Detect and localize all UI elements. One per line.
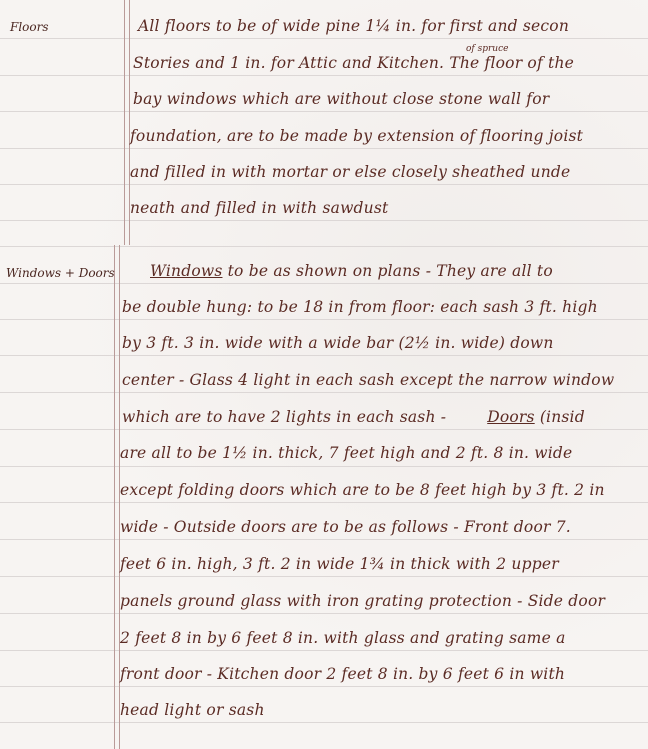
text-line: bay windows which are without close ston… [133, 90, 549, 108]
ruled-line [0, 686, 648, 687]
text-line: All floors to be of wide pine 1¼ in. for… [138, 17, 569, 35]
ruled-line [0, 576, 648, 577]
text-segment: to be as shown on plans - They are all t… [222, 262, 552, 280]
text-line: panels ground glass with iron grating pr… [120, 592, 605, 610]
text-line: feet 6 in. high, 3 ft. 2 in wide 1¾ in t… [120, 555, 559, 573]
ruled-line [0, 38, 648, 39]
ruled-line [0, 111, 648, 112]
text-line: Windows to be as shown on plans - They a… [150, 262, 553, 280]
text-line: 2 feet 8 in by 6 feet 8 in. with glass a… [120, 629, 566, 647]
ruled-line [0, 722, 648, 723]
ledger-page: Floors of spruce All floors to be of wid… [0, 0, 648, 749]
ruled-line [0, 355, 648, 356]
text-line: center - Glass 4 light in each sash exce… [122, 371, 614, 389]
ruled-line [0, 502, 648, 503]
ruled-line [0, 246, 648, 247]
ruled-line [0, 429, 648, 430]
text-line: neath and filled in with sawdust [130, 199, 388, 217]
text-line: head light or sash [120, 701, 265, 719]
ruled-line [0, 466, 648, 467]
text-line: front door - Kitchen door 2 feet 8 in. b… [120, 665, 565, 683]
text-line: are all to be 1½ in. thick, 7 feet high … [120, 444, 572, 462]
section-label: Floors [10, 20, 49, 34]
ruled-line [0, 319, 648, 320]
ruled-line [0, 613, 648, 614]
ruled-line [0, 392, 648, 393]
underlined-heading-windows: Windows [150, 262, 222, 280]
underlined-heading-doors: Doors [487, 408, 534, 426]
ruled-line [0, 75, 648, 76]
text-line: and filled in with mortar or else closel… [130, 163, 570, 181]
text-line: foundation, are to be made by extension … [130, 127, 583, 145]
ruled-line [0, 184, 648, 185]
ruled-line [0, 148, 648, 149]
ruled-line [0, 283, 648, 284]
text-line: except folding doors which are to be 8 f… [120, 481, 605, 499]
ruled-line [0, 650, 648, 651]
ruled-line [0, 539, 648, 540]
text-segment: which are to have 2 lights in each sash … [122, 408, 487, 426]
interlinear-insertion: of spruce [466, 44, 508, 54]
text-line: by 3 ft. 3 in. wide with a wide bar (2½ … [122, 334, 554, 352]
text-line: be double hung: to be 18 in from floor: … [122, 298, 598, 316]
ruled-line [0, 220, 648, 221]
text-line: Stories and 1 in. for Attic and Kitchen.… [133, 54, 574, 72]
section-label: Windows + Doors [6, 266, 115, 280]
text-line: which are to have 2 lights in each sash … [122, 408, 585, 426]
text-segment: (insid [535, 408, 585, 426]
text-line: wide - Outside doors are to be as follow… [120, 518, 571, 536]
